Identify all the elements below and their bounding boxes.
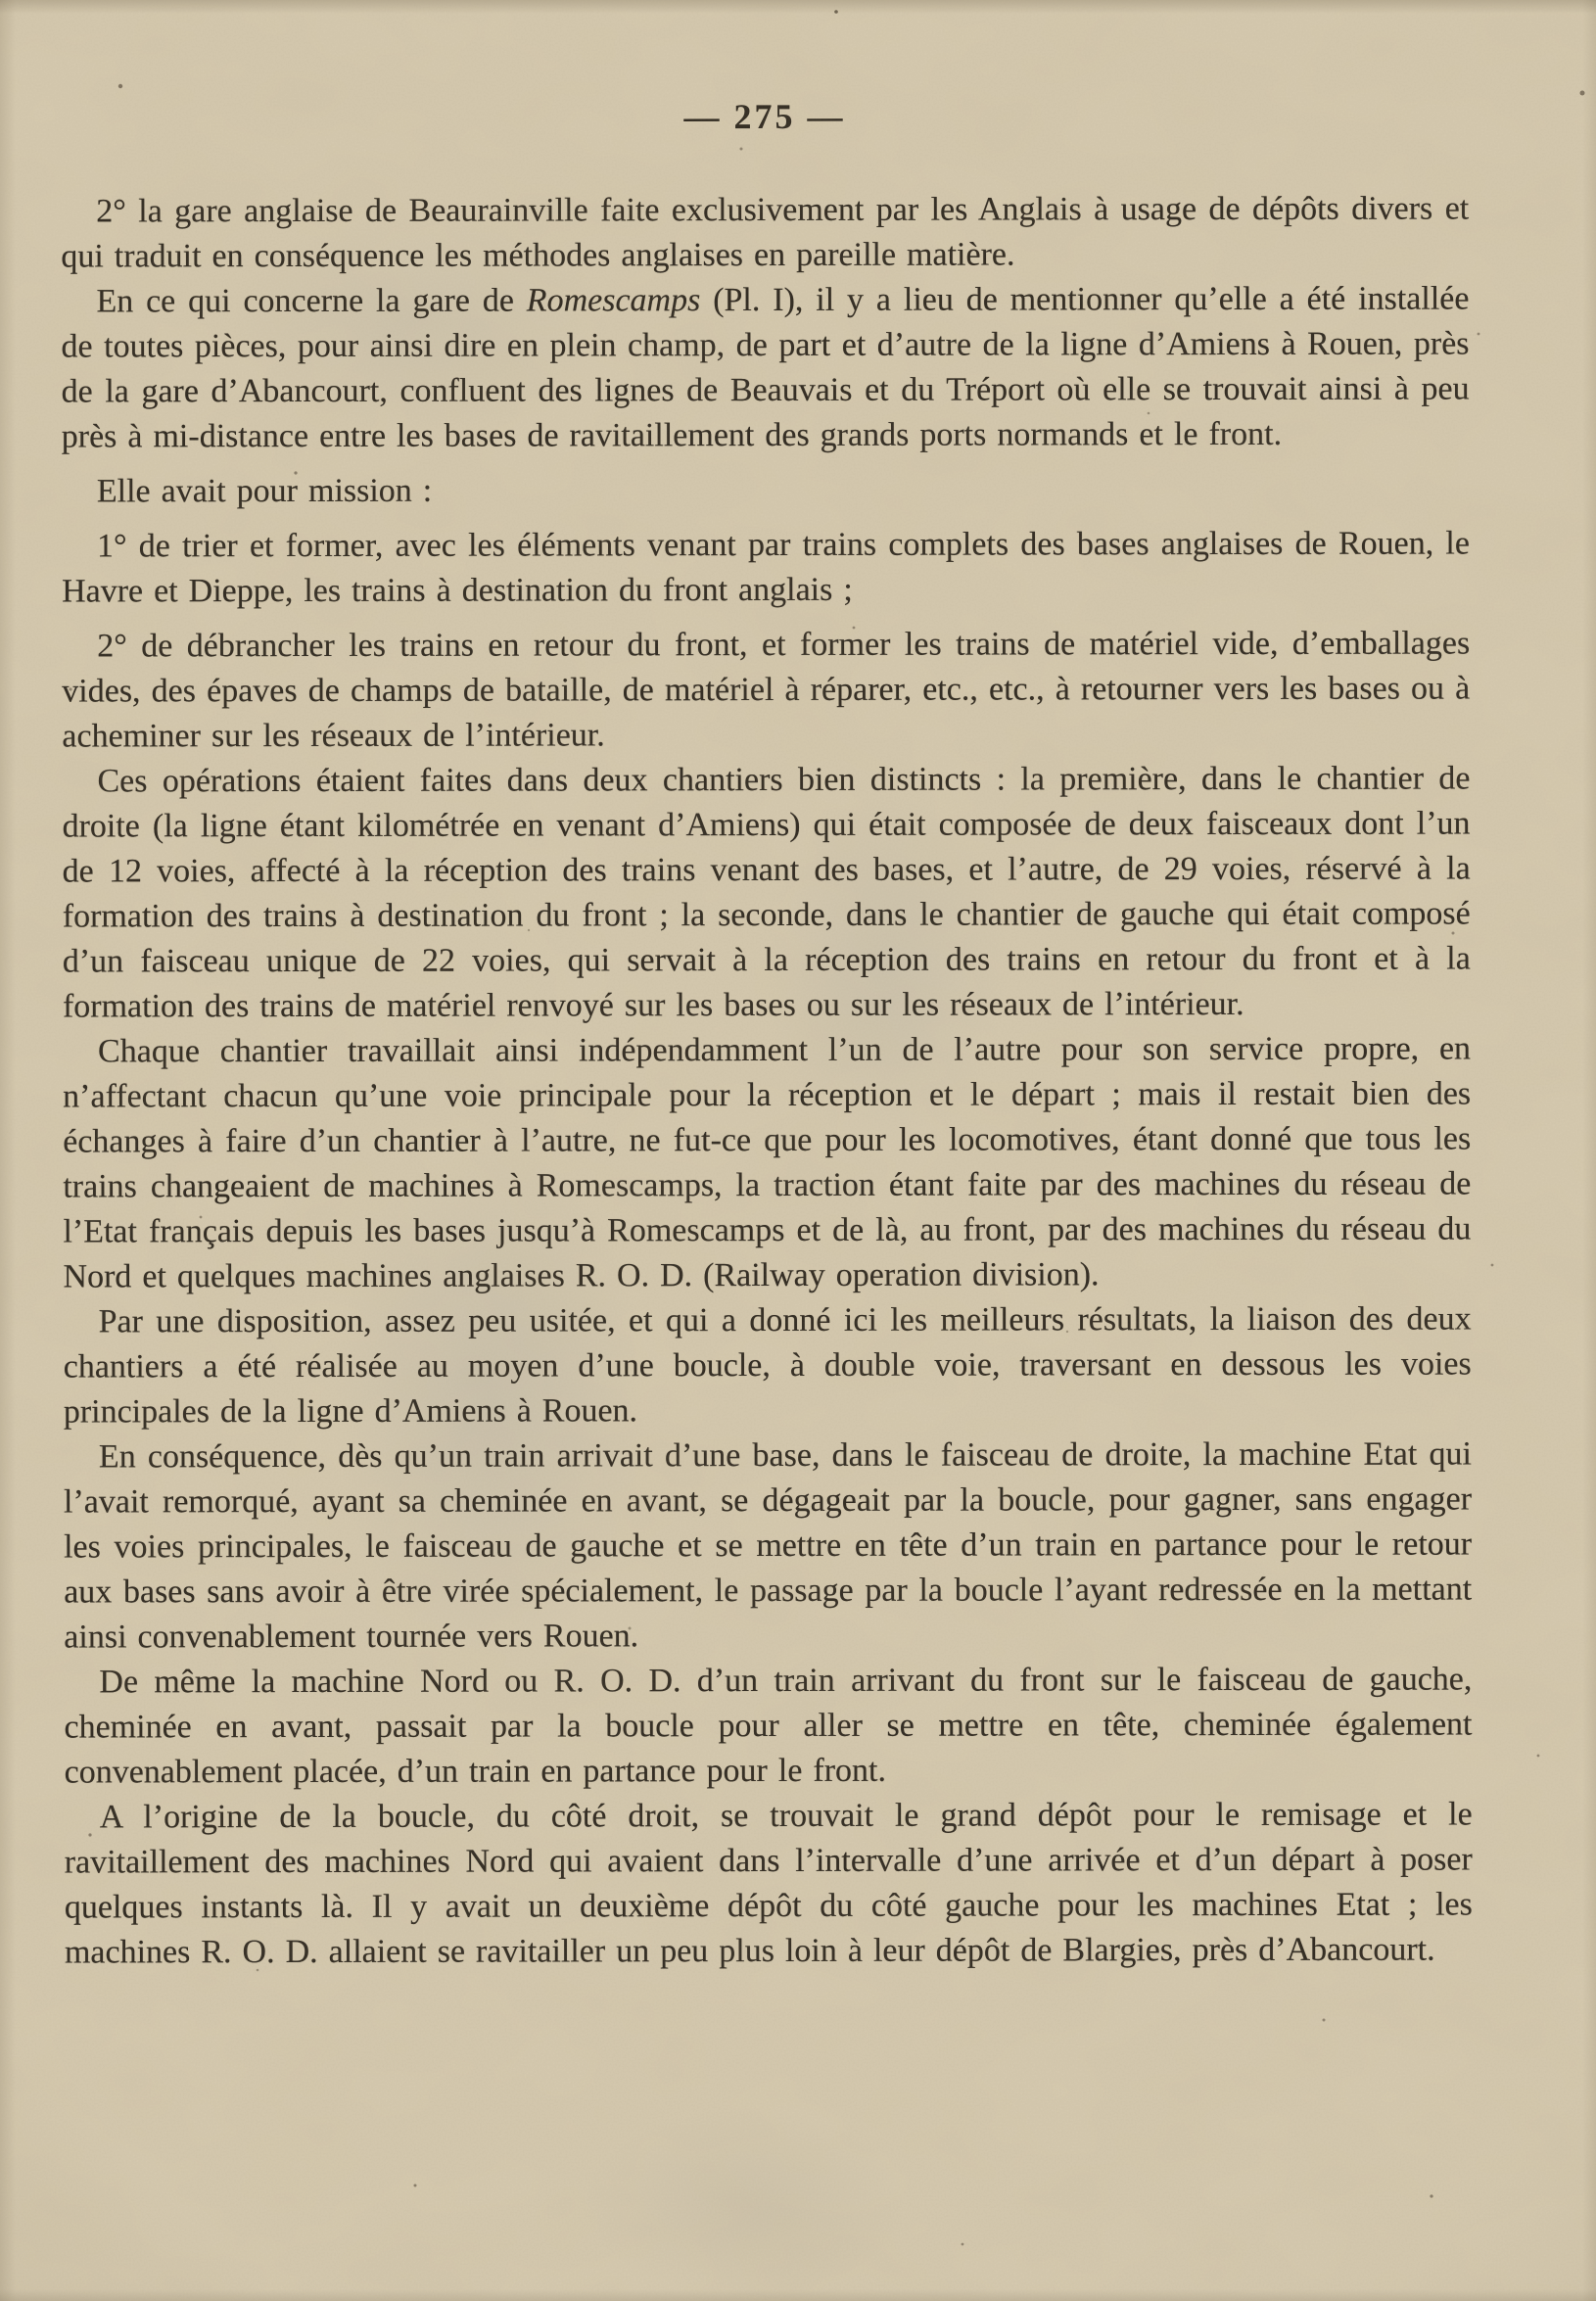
- paragraph-mission-item-1: 1° de trier et former, avec les éléments…: [62, 521, 1470, 614]
- paragraph-echanges-machines: Chaque chantier travaillait ainsi indépe…: [63, 1026, 1472, 1299]
- paragraph-mission-item-2: 2° de débrancher les trains en retour du…: [62, 621, 1470, 759]
- page-content: — 275 — 2° la gare anglaise de Beaurainv…: [61, 94, 1473, 1975]
- page-number: — 275 —: [61, 94, 1469, 138]
- paragraph-chantiers: Ces opérations étaient faites dans deux …: [62, 756, 1471, 1029]
- paragraph-romescamps-intro: En ce qui concerne la gare de Romescamps…: [61, 276, 1469, 459]
- station-name-italic: Romescamps: [527, 282, 701, 318]
- paragraph-beaurainville: 2° la gare anglaise de Beaurainville fai…: [61, 186, 1469, 279]
- paragraph-mission-heading: Elle avait pour mission :: [62, 466, 1470, 514]
- paragraph-depots: A l’origine de la boucle, du côté droit,…: [65, 1792, 1473, 1975]
- paragraph-machine-nord: De même la machine Nord ou R. O. D. d’un…: [64, 1657, 1472, 1795]
- paragraph-boucle-liaison: Par une disposition, assez peu usitée, e…: [64, 1296, 1472, 1434]
- paragraph-romescamps-text-start: En ce qui concerne la gare de: [96, 283, 526, 320]
- paragraph-machine-etat: En conséquence, dès qu’un train arrivait…: [64, 1432, 1472, 1660]
